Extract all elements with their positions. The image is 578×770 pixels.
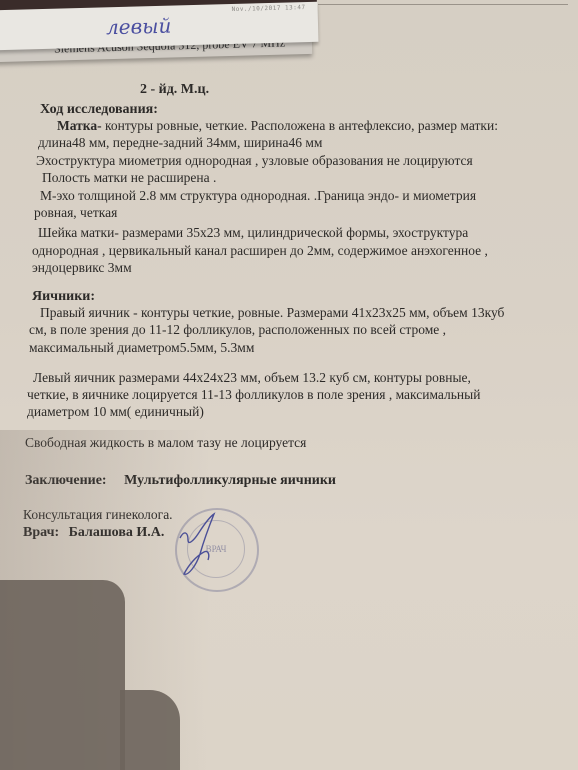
- right-ovary-line3: максимальный диаметром5.5мм, 5.3мм: [29, 340, 254, 356]
- document-page: Siemens Acuson Sequoia 512, probe EV 7 M…: [0, 0, 578, 770]
- cervix-line1: Шейка матки- размерами 35х23 мм, цилиндр…: [38, 225, 468, 241]
- uterus-label: Матка-: [57, 118, 102, 133]
- handwritten-note: левый: [106, 14, 172, 40]
- hand-shadow: [0, 580, 125, 770]
- uterus-line4: Полость матки не расширена .: [42, 170, 216, 186]
- left-ovary-line2: четкие, в яичнике лоцируется 11-13 фолли…: [27, 387, 480, 403]
- section-title: Ход исследования:: [40, 102, 158, 118]
- ovaries-title: Яичники:: [32, 289, 95, 305]
- page-edge-line: [318, 4, 568, 5]
- uterus-line3: Эхоструктура миометрия однородная , узло…: [36, 153, 473, 169]
- header-slip: Nov./10/2017 13:47 левый: [0, 2, 318, 50]
- uterus-line2: длина48 мм, передне-задний 34мм, ширина4…: [38, 135, 322, 151]
- timestamp: Nov./10/2017 13:47: [231, 4, 305, 13]
- uterus-line6: ровная, четкая: [34, 205, 117, 221]
- cycle-day: 2 - йд. М.ц.: [140, 82, 209, 98]
- right-ovary-line2: см, в поле зрения до 11-12 фолликулов, р…: [29, 322, 446, 338]
- uterus-line1: Матка- контуры ровные, четкие. Расположе…: [57, 118, 498, 134]
- uterus-line5: М-эхо толщиной 2.8 мм структура однородн…: [40, 188, 476, 204]
- right-ovary-line1: Правый яичник - контуры четкие, ровные. …: [40, 305, 504, 321]
- cervix-line3: эндоцервикс 3мм: [32, 260, 132, 276]
- left-ovary-line1: Левый яичник размерами 44х24х23 мм, объе…: [33, 370, 471, 386]
- left-ovary-line3: диаметром 10 мм( единичный): [27, 404, 204, 420]
- hand-shadow-thumb: [120, 690, 180, 770]
- cervix-line2: однородная , цервикальный канал расширен…: [32, 243, 488, 259]
